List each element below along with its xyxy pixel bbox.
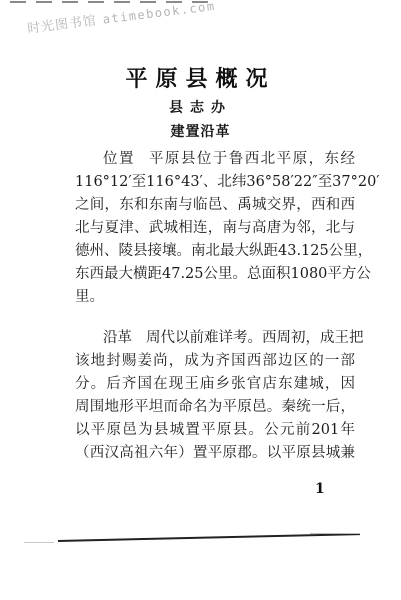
- paragraph-lead: 位置: [103, 151, 135, 167]
- text-line: 里。: [75, 286, 355, 309]
- text-line: 位置平原县位于鲁西北平原，东经: [75, 148, 355, 171]
- bottom-rule-faint: [310, 533, 360, 534]
- watermark: 时光图书馆atimebook.com: [26, 0, 216, 37]
- text-line: 之间，东和东南与临邑、禹城交界，西和西: [75, 194, 355, 217]
- section-heading: 建置沿革: [0, 121, 401, 141]
- dash: [36, 1, 52, 3]
- text-line: 东西最大横距47.25公里。总面积1080平方公: [75, 263, 355, 286]
- dash: [114, 1, 130, 3]
- paragraph-location: 位置平原县位于鲁西北平原，东经 116°12′至116°43′、北纬36°58′…: [75, 148, 355, 309]
- author: 县志办: [0, 97, 401, 117]
- text-line: 北与夏津、武城相连，南与高唐为邻，北与: [75, 217, 355, 240]
- bottom-rule-faint: [24, 542, 54, 543]
- text-line: 周围地形平坦而命名为平原邑。秦统一后，: [75, 396, 355, 419]
- paragraph-history: 沿革周代以前难详考。西周初，成王把 该地封赐姜尚，成为齐国西部边区的一部 分。后…: [75, 327, 355, 465]
- text-line: 德州、陵县接壤。南北最大纵距43.125公里，: [75, 240, 355, 263]
- text-line: 分。后齐国在现王庙乡张官店东建城，因: [75, 373, 355, 396]
- line-text: 周代以前难详考。西周初，成王把: [146, 330, 364, 346]
- dash: [62, 1, 78, 3]
- line-text: 平原县位于鲁西北平原，东经: [149, 151, 355, 167]
- watermark-url: atimebook.com: [102, 0, 216, 27]
- paragraph-lead: 沿革: [103, 330, 132, 346]
- text-line: 沿革周代以前难详考。西周初，成王把: [75, 327, 355, 350]
- watermark-cn: 时光图书馆: [26, 13, 97, 36]
- text-line: 该地封赐姜尚，成为齐国西部边区的一部: [75, 350, 355, 373]
- text-line: （西汉高祖六年）置平原郡。以平原县城兼: [75, 442, 355, 465]
- page-title: 平原县概况: [0, 62, 401, 93]
- text-line: 116°12′至116°43′、北纬36°58′22″至37°20′: [75, 171, 355, 194]
- page-number: 1: [315, 481, 325, 497]
- dash: [10, 1, 26, 3]
- bottom-rule: [58, 533, 360, 542]
- text-line: 以平原邑为县城置平原县。公元前201年: [75, 419, 355, 442]
- dash: [88, 1, 104, 3]
